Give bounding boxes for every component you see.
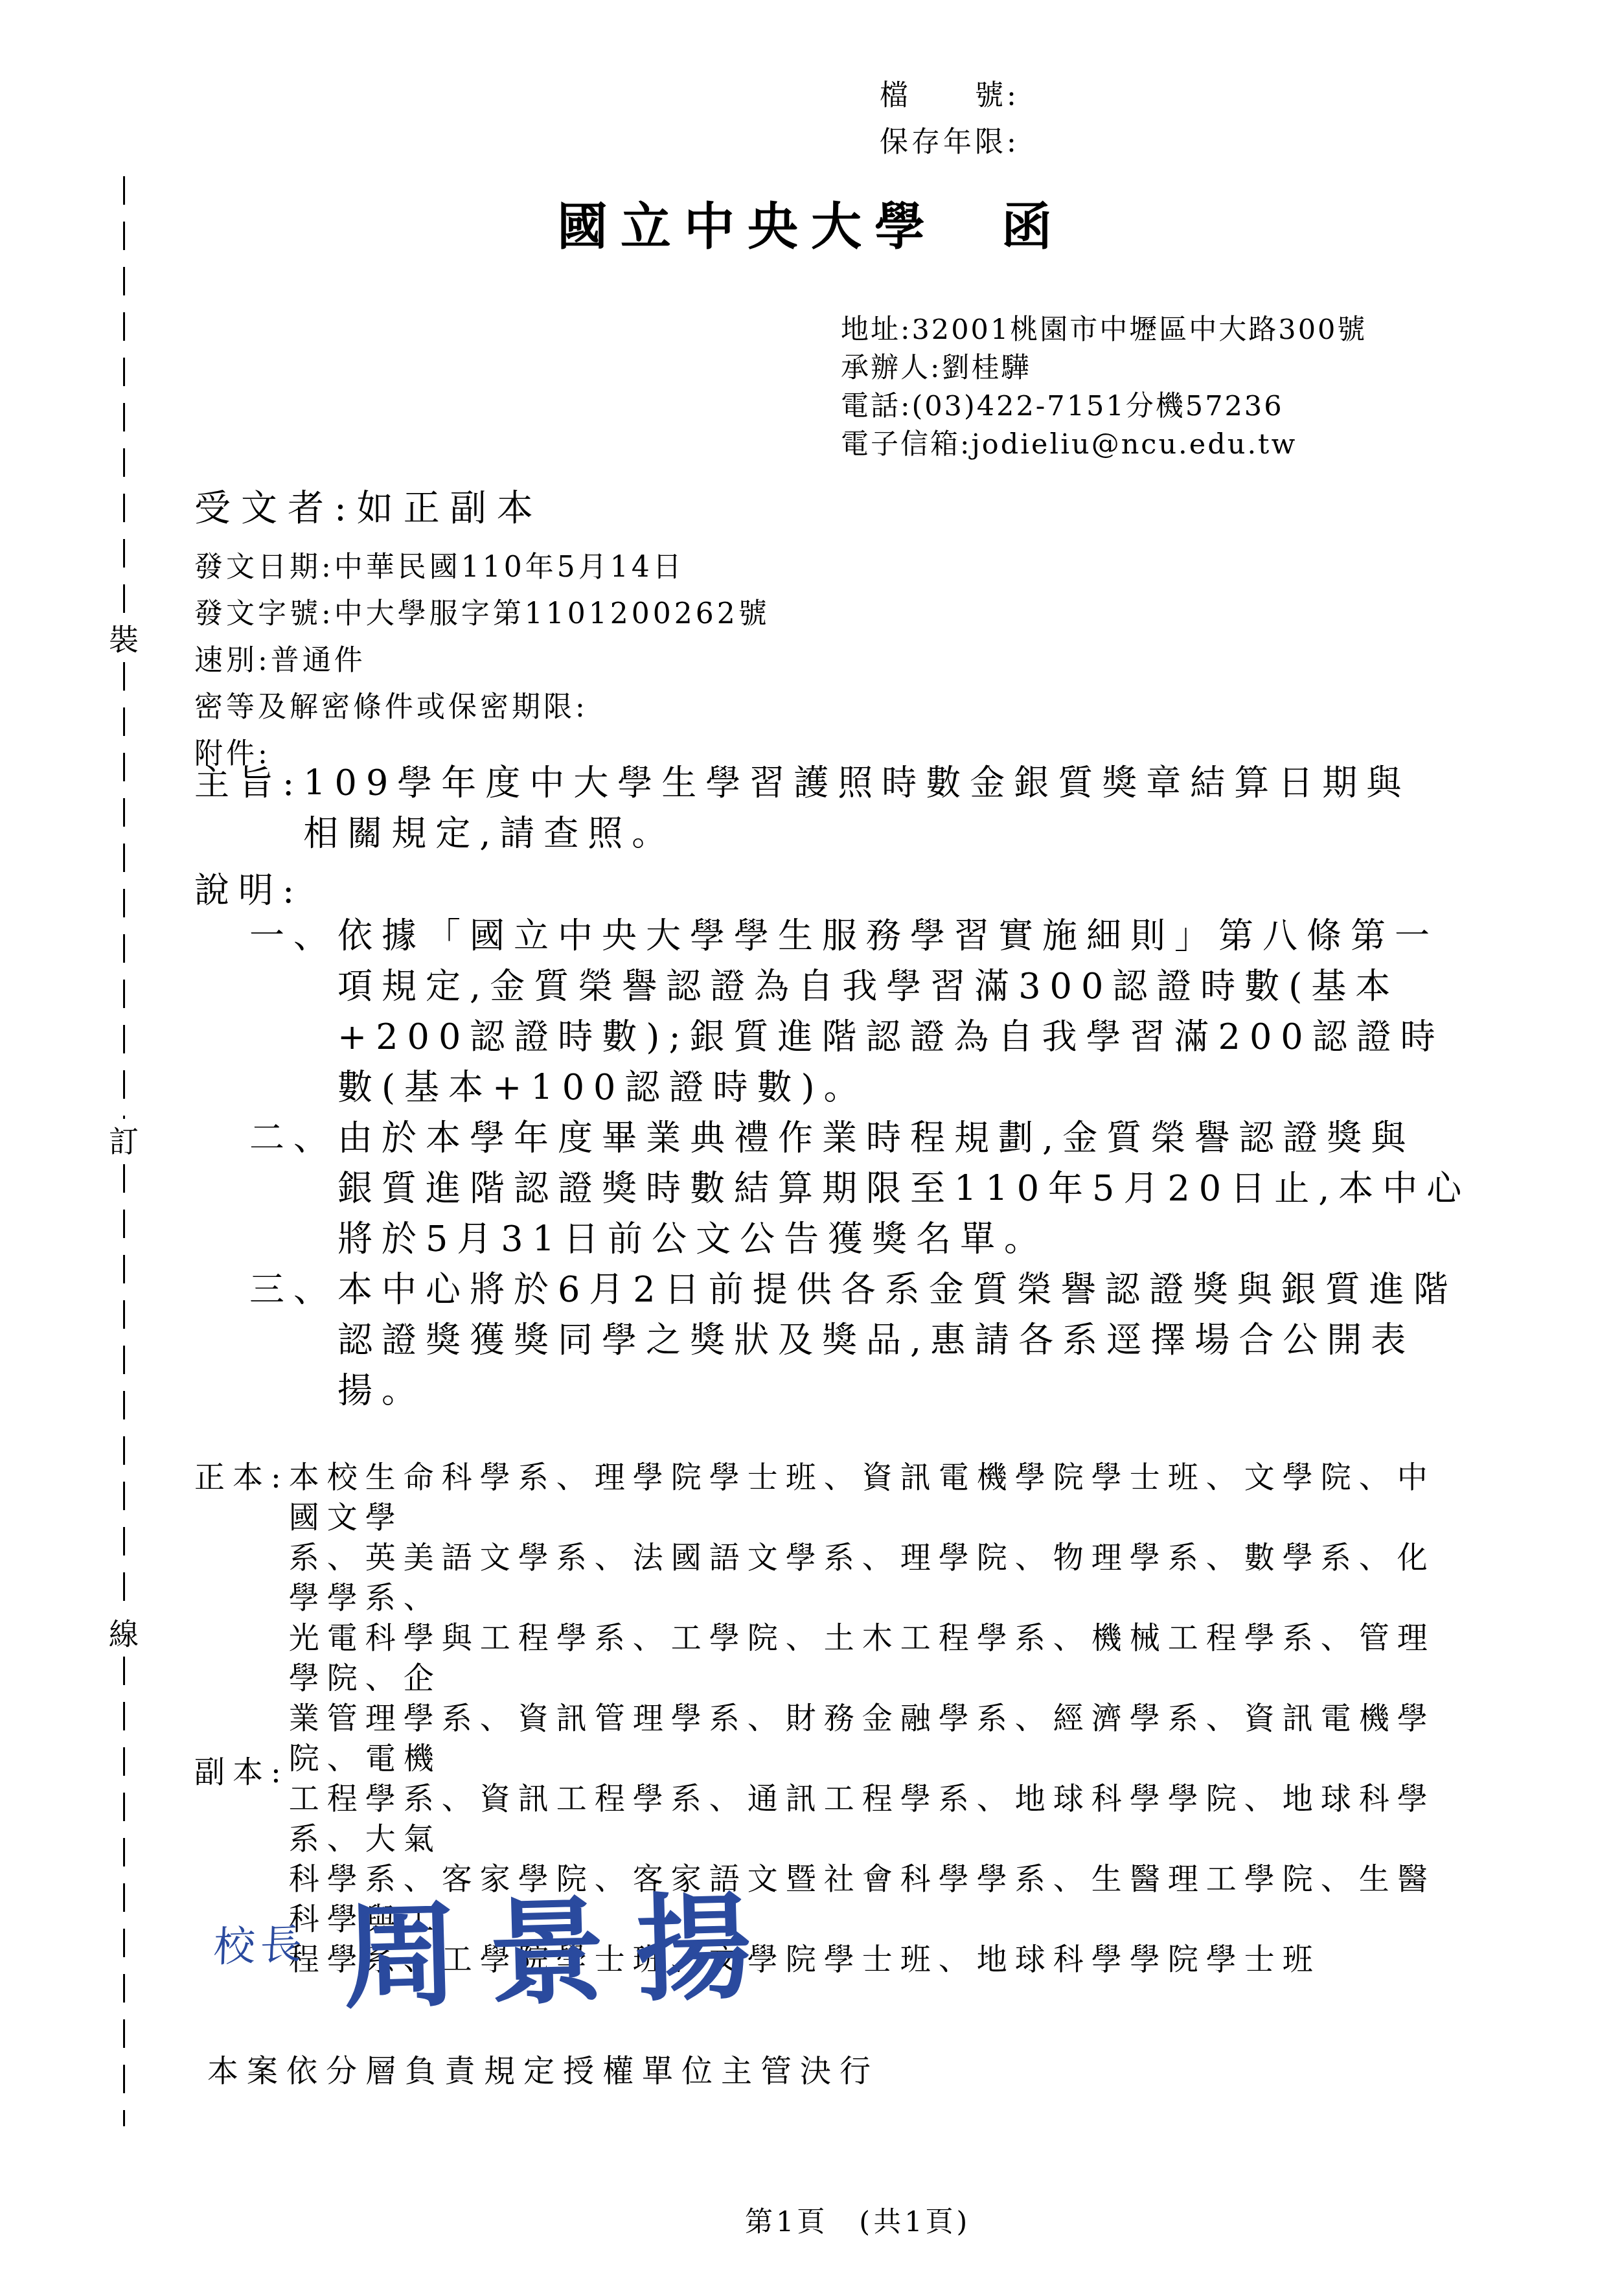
binding-rail: 裝 訂 線: [108, 176, 140, 2133]
binding-mark-zhuang: 裝: [109, 617, 139, 662]
sender-phone: 電話:(03)422-7151分機57236: [841, 387, 1367, 426]
page-number-footer: 第1頁 (共1頁): [745, 2200, 970, 2240]
document-title: 國立中央大學 函: [0, 187, 1622, 259]
copy-label: 副本:: [194, 1748, 289, 1791]
file-number-label: 檔 號:: [880, 73, 1020, 119]
item-number: 二、: [249, 1113, 337, 1164]
explanation-item-3: 三、 本中心將於6月2日前提供各系金質榮譽認證獎與銀質進階 認證獎獲獎同學之獎狀…: [249, 1265, 1480, 1416]
subject-text: 109學年度中大學生學習護照時數金銀質獎章結算日期與 相關規定,請查照。: [303, 758, 1410, 859]
binding-mark-ding: 訂: [109, 1119, 139, 1164]
president-signature: 周景揚: [341, 1854, 784, 2031]
item-text: 由於本學年度畢業典禮作業時程規劃,金質榮譽認證獎與 銀質進階認證獎時數結算期限至…: [337, 1113, 1470, 1265]
subject-label: 主旨:: [194, 758, 303, 859]
signature-title: 校長: [212, 1911, 308, 1974]
classification-line: 密等及解密條件或保密期限:: [194, 684, 770, 731]
explanation-items: 一、 依據「國立中央大學學生服務學習實施細則」第八條第一 項規定,金質榮譽認證為…: [249, 911, 1480, 1416]
item-number: 三、: [249, 1265, 337, 1315]
binding-dashed-line: [123, 1164, 125, 1611]
explanation-item-2: 二、 由於本學年度畢業典禮作業時程規劃,金質榮譽認證獎與 銀質進階認證獎時數結算…: [249, 1113, 1480, 1265]
item-text: 本中心將於6月2日前提供各系金質榮譽認證獎與銀質進階 認證獎獲獎同學之獎狀及獎品…: [337, 1265, 1457, 1416]
retention-period-label: 保存年限:: [880, 119, 1020, 166]
document-meta: 發文日期:中華民國110年5月14日 發文字號:中大學服字第1101200262…: [194, 544, 770, 777]
explanation-label: 說明:: [194, 863, 303, 913]
binding-dashed-line: [123, 1657, 125, 2126]
signature-section: 校長 周景揚: [214, 1859, 782, 2025]
issue-date-line: 發文日期:中華民國110年5月14日: [194, 544, 770, 591]
item-number: 一、: [249, 911, 337, 961]
sender-info: 地址:32001桃園市中壢區中大路300號 承辦人:劉桂驊 電話:(03)422…: [841, 311, 1367, 464]
sender-email: 電子信箱:jodieliu@ncu.edu.tw: [841, 426, 1367, 464]
authorization-note: 本案依分層負責規定授權單位主管決行: [207, 2046, 879, 2091]
sender-contact-person: 承辦人:劉桂驊: [841, 349, 1367, 387]
binding-mark-xian: 線: [109, 1611, 139, 1657]
sender-address: 地址:32001桃園市中壢區中大路300號: [841, 311, 1367, 349]
priority-line: 速別:普通件: [194, 637, 770, 684]
archive-labels: 檔 號: 保存年限:: [880, 73, 1020, 166]
item-text: 依據「國立中央大學學生服務學習實施細則」第八條第一 項規定,金質榮譽認證為自我學…: [337, 911, 1445, 1113]
official-letter-page: 裝 訂 線 檔 號: 保存年限: 國立中央大學 函 地址:32001桃園市中壢區…: [0, 0, 1622, 2296]
recipient-line: 受文者:如正副本: [194, 479, 543, 531]
reference-number-line: 發文字號:中大學服字第1101200262號: [194, 591, 770, 637]
explanation-item-1: 一、 依據「國立中央大學學生服務學習實施細則」第八條第一 項規定,金質榮譽認證為…: [249, 911, 1480, 1113]
binding-dashed-line: [123, 662, 125, 1119]
subject-section: 主旨: 109學年度中大學生學習護照時數金銀質獎章結算日期與 相關規定,請查照。: [194, 758, 1410, 859]
